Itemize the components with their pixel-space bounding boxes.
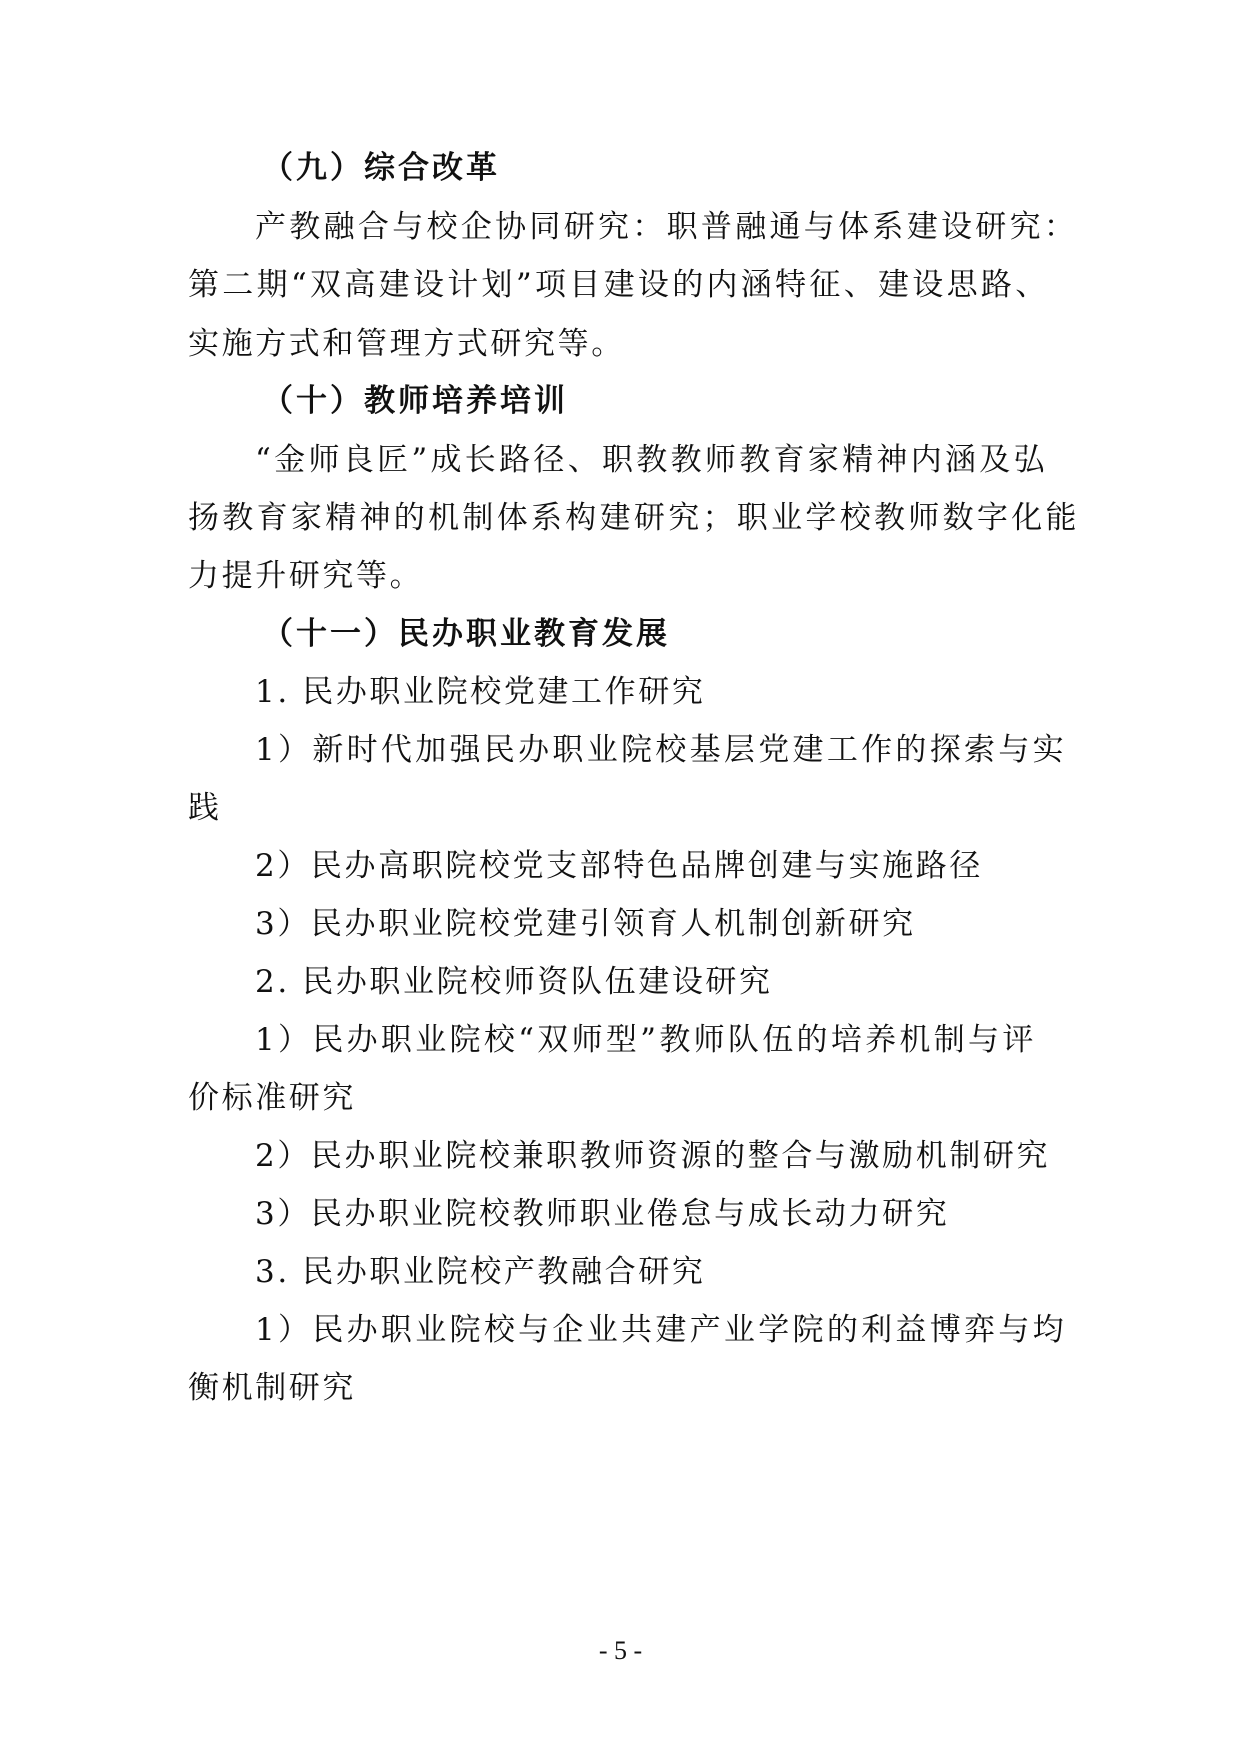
list-item-line: 3）民办职业院校党建引领育人机制创新研究 [255, 904, 1125, 944]
page-number: - 5 - [0, 1636, 1241, 1666]
subsection-title-faculty: 2. 民办职业院校师资队伍建设研究 [255, 962, 1125, 1002]
paragraph-line: 实施方式和管理方式研究等。 [188, 324, 1058, 364]
list-item-line: 2）民办职业院校兼职教师资源的整合与激励机制研究 [255, 1136, 1125, 1176]
section-heading-private-vocational-education: （十一）民办职业教育发展 [262, 614, 1132, 654]
subsection-title-industry-education: 3. 民办职业院校产教融合研究 [255, 1252, 1125, 1292]
paragraph-line: 力提升研究等。 [188, 556, 1058, 596]
list-item-line: 衡机制研究 [188, 1368, 1058, 1408]
section-heading-comprehensive-reform: （九）综合改革 [262, 148, 1132, 188]
list-item-line: 1）民办职业院校“双师型”教师队伍的培养机制与评 [255, 1020, 1125, 1060]
section-heading-teacher-training: （十）教师培养培训 [262, 381, 1132, 421]
paragraph-line: 第二期“双高建设计划”项目建设的内涵特征、建设思路、 [188, 265, 1058, 305]
paragraph-line: 扬教育家精神的机制体系构建研究；职业学校教师数字化能 [188, 498, 1058, 538]
subsection-title-party-building: 1. 民办职业院校党建工作研究 [255, 672, 1125, 712]
list-item-line: 1）新时代加强民办职业院校基层党建工作的探索与实 [255, 730, 1125, 770]
list-item-line: 1）民办职业院校与企业共建产业学院的利益博弈与均 [255, 1310, 1125, 1350]
paragraph-line: “金师良匠”成长路径、职教教师教育家精神内涵及弘 [255, 440, 1125, 480]
list-item-line: 价标准研究 [188, 1078, 1058, 1118]
list-item-line: 践 [188, 788, 1058, 828]
list-item-line: 3）民办职业院校教师职业倦怠与成长动力研究 [255, 1194, 1125, 1234]
document-page: （九）综合改革 产教融合与校企协同研究：职普融通与体系建设研究： 第二期“双高建… [0, 0, 1241, 1754]
paragraph-line: 产教融合与校企协同研究：职普融通与体系建设研究： [255, 207, 1125, 247]
list-item-line: 2）民办高职院校党支部特色品牌创建与实施路径 [255, 846, 1125, 886]
